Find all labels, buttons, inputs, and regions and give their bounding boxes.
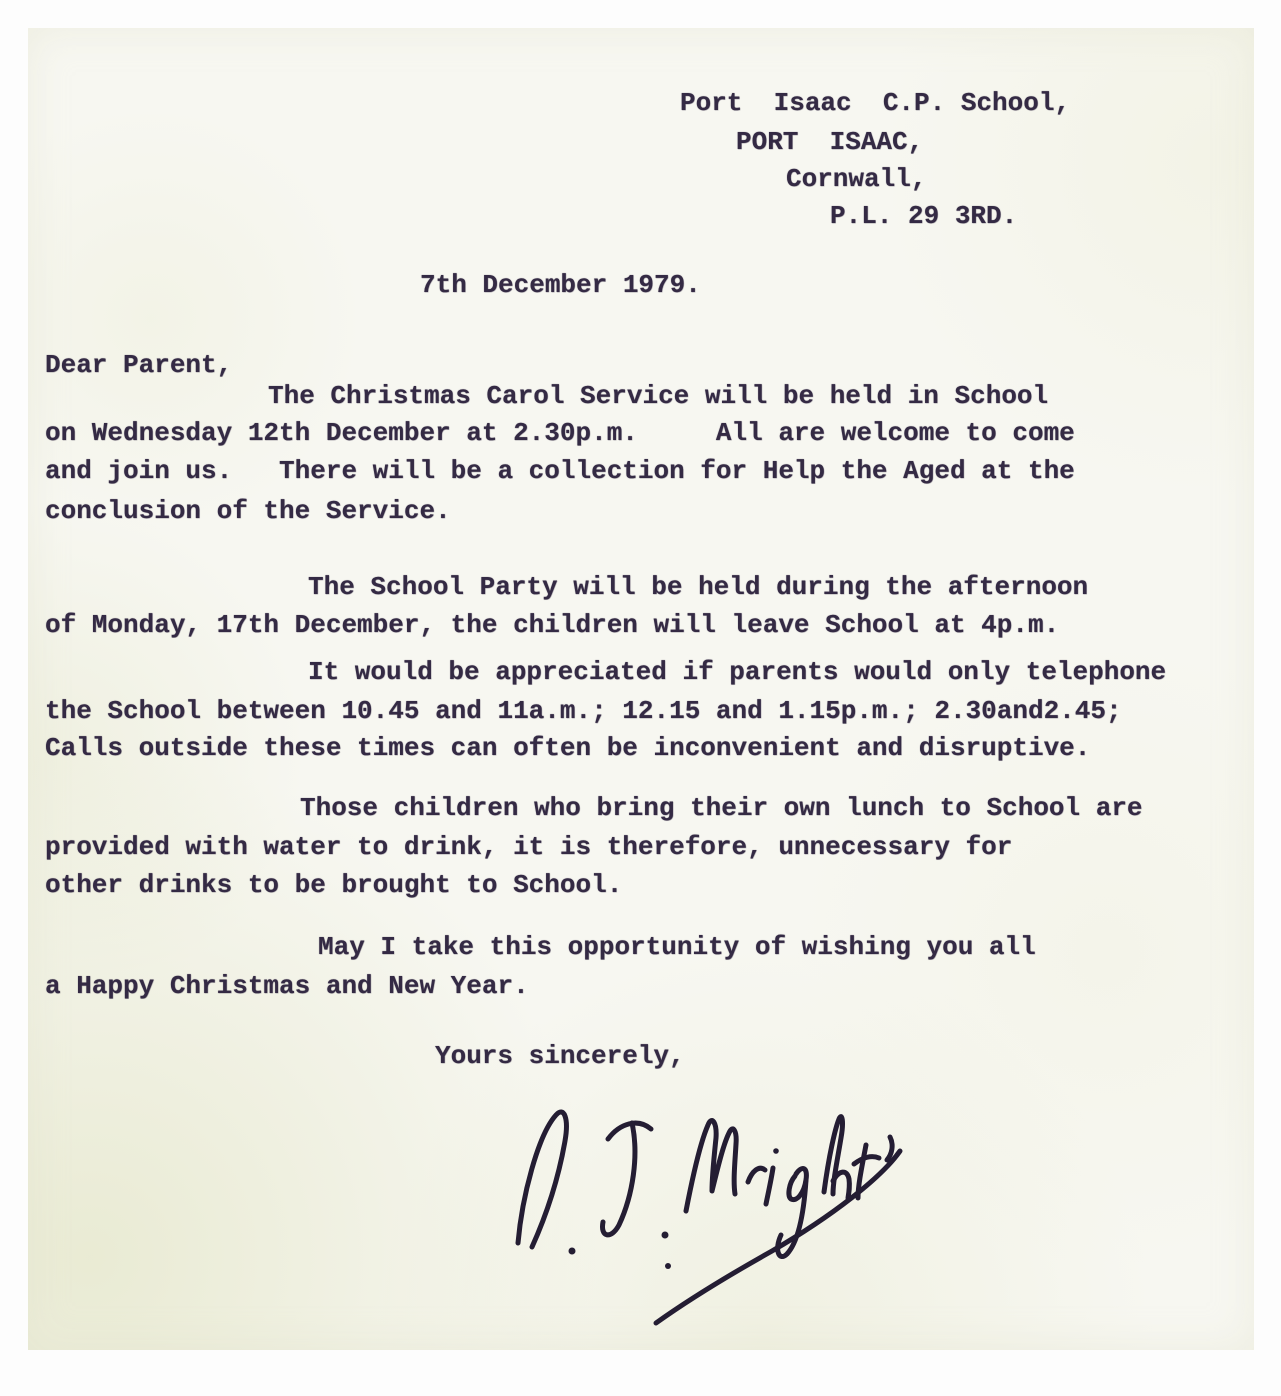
paragraph-line: provided with water to drink, it is ther… — [45, 832, 1012, 862]
paragraph-line: The School Party will be held during the… — [308, 572, 1088, 602]
sender-address-line: PORT ISAAC, — [736, 127, 923, 157]
date-line: 7th December 1979. — [420, 270, 701, 300]
paragraph-line: Calls outside these times can often be i… — [45, 733, 1090, 763]
paragraph-line: conclusion of the Service. — [45, 496, 451, 526]
sender-address-line: Port Isaac C.P. School, — [680, 88, 1070, 118]
sender-address-line: P.L. 29 3RD. — [830, 201, 1017, 231]
paragraph-line: May I take this opportunity of wishing y… — [318, 932, 1036, 962]
paragraph-line: and join us. There will be a collection … — [45, 456, 1075, 486]
scanned-letter: Port Isaac C.P. School, PORT ISAAC, Corn… — [0, 0, 1281, 1396]
salutation: Dear Parent, — [45, 350, 232, 380]
signature-handwriting — [460, 1085, 940, 1335]
paragraph-line: of Monday, 17th December, the children w… — [45, 610, 1059, 640]
paragraph-line: It would be appreciated if parents would… — [308, 657, 1166, 687]
paragraph-line: the School between 10.45 and 11a.m.; 12.… — [45, 696, 1122, 726]
paragraph-line: The Christmas Carol Service will be held… — [268, 381, 1048, 411]
paragraph-line: on Wednesday 12th December at 2.30p.m. A… — [45, 418, 1075, 448]
sender-address-line: Cornwall, — [786, 164, 926, 194]
paragraph-line: a Happy Christmas and New Year. — [45, 971, 529, 1001]
paragraph-line: other drinks to be brought to School. — [45, 870, 622, 900]
closing-line: Yours sincerely, — [435, 1041, 685, 1071]
paragraph-line: Those children who bring their own lunch… — [300, 793, 1143, 823]
